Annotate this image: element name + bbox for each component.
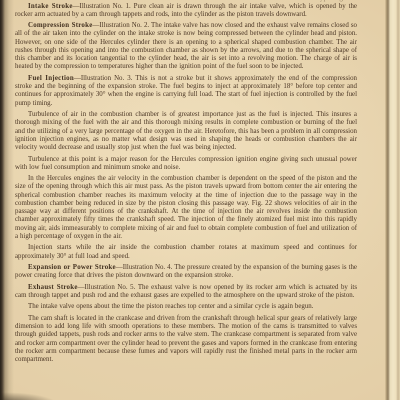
paragraph: Intake Stroke—Illustration No. 1. Pure c… (15, 3, 357, 20)
section-heading: Fuel Injection (28, 75, 74, 82)
page-edge (385, 0, 400, 400)
paragraph: Turbulence of air in the combustion cham… (15, 111, 357, 152)
paragraph: In the Hercules engines the air velocity… (15, 175, 357, 241)
corner-smudge (0, 392, 60, 400)
paragraph: Exhaust Stroke—Illustration No. 5. The e… (15, 284, 357, 301)
paragraph: Expansion or Power Stroke—Illustration N… (15, 264, 357, 281)
page-text: Intake Stroke—Illustration No. 1. Pure c… (15, 3, 357, 400)
paragraph: Injection starts while the air inside th… (15, 244, 357, 261)
scanned-page: type eng Intake Stroke—Illustration No. … (0, 0, 400, 400)
section-heading: Intake Stroke (28, 3, 73, 10)
paragraph: Turbulence at this point is a major reas… (15, 156, 357, 173)
binding-shadow (0, 0, 14, 400)
section-heading: Expansion or Power Stroke (28, 264, 116, 271)
paragraph: The cam shaft is located in the crankcas… (15, 315, 357, 365)
paragraph: Fuel Injection—Illustration No. 3. This … (15, 75, 357, 108)
section-heading: Compression Stroke (28, 22, 93, 29)
paragraph: The intake valve opens about the time th… (15, 303, 357, 311)
paragraph: Compression Stroke—Illustration No. 2. T… (15, 22, 357, 72)
section-heading: Exhaust Stroke (28, 284, 78, 291)
